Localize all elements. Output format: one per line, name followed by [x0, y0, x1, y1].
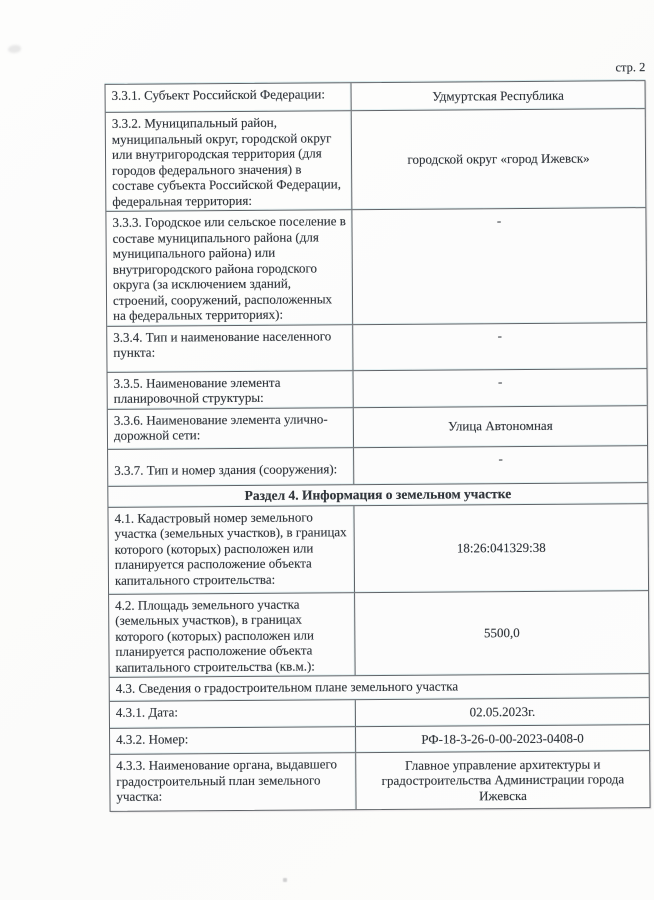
row-3-3-1: 3.3.1. Субъект Российской Федерации: Удм… — [106, 81, 645, 113]
row-3-3-2: 3.3.2. Муниципальный район, муниципальны… — [106, 109, 646, 212]
row-4-3-3-value: Главное управление архитектуры и градост… — [356, 751, 649, 809]
row-3-3-5: 3.3.5. Наименование элемента планировочн… — [108, 369, 647, 410]
row-4-3-2: 4.3.2. Номер: РФ-18-3-26-0-00-2023-0408-… — [110, 725, 649, 755]
row-3-3-2-value: городской округ «город Ижевск» — [352, 109, 646, 209]
row-4-3-1-label: 4.3.1. Дата: — [110, 700, 356, 728]
row-4-1-label: 4.1. Кадастровый номер земельного участк… — [108, 506, 355, 594]
row-4-3-2-label: 4.3.2. Номер: — [110, 727, 356, 754]
row-3-3-7-value: - — [354, 446, 647, 484]
row-3-3-7-label: 3.3.7. Тип и номер здания (сооружения): — [108, 448, 354, 486]
row-4-2-label: 4.2. Площадь земельного участка (земельн… — [109, 593, 356, 677]
row-3-3-4-value: - — [353, 323, 646, 370]
row-4-1: 4.1. Кадастровый номер земельного участк… — [108, 504, 648, 595]
section-4-title: Раздел 4. Информация о земельном участке — [108, 483, 647, 506]
row-3-3-1-label: 3.3.1. Субъект Российской Федерации: — [106, 83, 352, 112]
page-number: стр. 2 — [615, 60, 645, 74]
row-3-3-2-label: 3.3.2. Муниципальный район, муниципальны… — [106, 111, 353, 211]
page-number-row: стр. 2 — [104, 60, 645, 79]
row-4-3-2-value: РФ-18-3-26-0-00-2023-0408-0 — [356, 725, 649, 752]
row-4-2: 4.2. Площадь земельного участка (земельн… — [109, 591, 649, 678]
row-3-3-6-label: 3.3.6. Наименование элемента улично-доро… — [108, 408, 354, 449]
row-3-3-4: 3.3.4. Тип и наименование населенного пу… — [107, 323, 646, 373]
row-3-3-3: 3.3.3. Городское или сельское поселение … — [106, 208, 646, 326]
row-3-3-3-value: - — [352, 208, 646, 324]
row-3-3-6-value: Улица Автономная — [354, 406, 647, 447]
row-4-1-value: 18:26:041329:38 — [354, 504, 648, 592]
row-3-3-5-value: - — [354, 369, 647, 407]
row-4-3-label: 4.3. Сведения о градостроительном плане … — [110, 674, 649, 701]
row-3-3-5-label: 3.3.5. Наименование элемента планировочн… — [108, 371, 354, 409]
scanned-document-page: стр. 2 3.3.1. Субъект Российской Федерац… — [0, 0, 654, 900]
row-3-3-3-label: 3.3.3. Городское или сельское поселение … — [106, 210, 353, 325]
scan-layer: стр. 2 3.3.1. Субъект Российской Федерац… — [0, 0, 654, 900]
document-table: 3.3.1. Субъект Российской Федерации: Удм… — [105, 80, 651, 812]
row-4-2-value: 5500,0 — [355, 591, 649, 676]
row-3-3-6: 3.3.6. Наименование элемента улично-доро… — [108, 406, 647, 450]
row-4-3-3-label: 4.3.3. Наименование органа, выдавшего гр… — [110, 753, 356, 811]
row-4-3-1: 4.3.1. Дата: 02.05.2023г. — [110, 698, 649, 729]
row-4-3-1-value: 02.05.2023г. — [356, 698, 649, 726]
row-3-3-7: 3.3.7. Тип и номер здания (сооружения): … — [108, 446, 647, 487]
row-3-3-4-label: 3.3.4. Тип и наименование населенного пу… — [107, 325, 353, 372]
row-3-3-1-value: Удмуртская Республика — [352, 81, 645, 110]
row-4-3-3: 4.3.3. Наименование органа, выдавшего гр… — [110, 751, 649, 811]
